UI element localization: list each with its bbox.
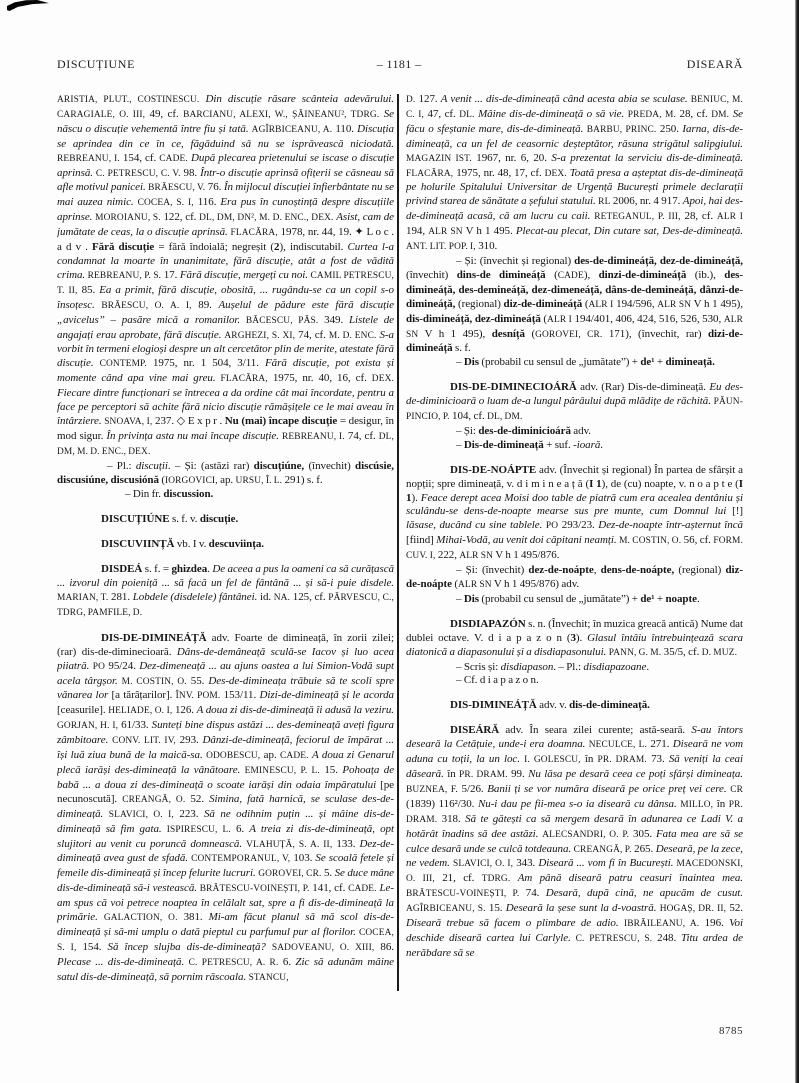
scan-artifact-right-edge	[795, 0, 799, 1083]
dictionary-paragraph: DIS-DE-DIMINEÁȚĂ adv. Foarte de dimineaț…	[57, 632, 394, 986]
scan-artifact-corner	[7, 0, 49, 11]
dictionary-paragraph: – Scris și: disdiapason. – Pl.: disdiapa…	[406, 661, 743, 675]
page-serial-number: 8785	[719, 1025, 743, 1037]
dictionary-paragraph: DISCUȚIÚNE s. f. v. discuție.	[57, 513, 394, 527]
dictionary-paragraph: – Dis-de-dimineață + suf. -ioară.	[406, 439, 743, 453]
dictionary-paragraph: DISCUVIINȚĂ vb. I v. descuviința.	[57, 538, 394, 552]
dictionary-paragraph: DISEÁRĂ adv. În seara zilei curente; ast…	[406, 724, 743, 961]
dictionary-paragraph: DIS-DE-NOÁPTE adv. (Învechit și regional…	[406, 464, 743, 564]
dictionary-paragraph: – Din fr. discussion.	[57, 488, 394, 502]
page-number: – 1181 –	[377, 56, 422, 72]
dictionary-paragraph: – Cf. d i a p a z o n.	[406, 674, 743, 688]
dictionary-paragraph: – Și: des-de-diminicioáră adv.	[406, 425, 743, 439]
scanned-dictionary-page: DISCUȚIUNE – 1181 – DISEARĂ ARISTIA, PLU…	[0, 0, 799, 1083]
running-header: DISCUȚIUNE – 1181 – DISEARĂ	[57, 56, 743, 72]
dictionary-paragraph: D. 127. A venit ... dis-de-dimineață cân…	[406, 93, 743, 255]
dictionary-paragraph: – Dis (probabil cu sensul de „jumătate”)…	[406, 593, 743, 607]
dictionary-paragraph: – Și: (învechit) dez-de-noápte, dens-de-…	[406, 564, 743, 593]
dictionary-paragraph: DIS-DIMINEÁȚĂ adv. v. dis-de-dimineață.	[406, 699, 743, 713]
guideword-right: DISEARĂ	[687, 56, 743, 72]
dictionary-paragraph: – Dis (probabil cu sensul de „jumătate”)…	[406, 356, 743, 370]
dictionary-paragraph: DIS-DE-DIMINECIOÁRĂ adv. (Rar) Dis-de-di…	[406, 381, 743, 425]
dictionary-text-block: ARISTIA, PLUT., COSTINESCU. Din discuție…	[57, 93, 743, 993]
dictionary-paragraph: – Pl.: discuții. – Și: (astăzi rar) disc…	[57, 460, 394, 489]
guideword-left: DISCUȚIUNE	[57, 56, 135, 72]
right-column: D. 127. A venit ... dis-de-dimineață cân…	[406, 93, 743, 993]
left-column: ARISTIA, PLUT., COSTINESCU. Din discuție…	[57, 93, 394, 993]
dictionary-paragraph: DISDIAPAZÓN s. n. (Învechit; în muzica g…	[406, 618, 743, 661]
dictionary-paragraph: ARISTIA, PLUT., COSTINESCU. Din discuție…	[57, 93, 394, 460]
dictionary-paragraph: DISDEÁ s. f. = ghizdea. De aceea a pus l…	[57, 563, 394, 621]
dictionary-paragraph: – Și: (învechit și regional) des-de-dimi…	[406, 255, 743, 356]
